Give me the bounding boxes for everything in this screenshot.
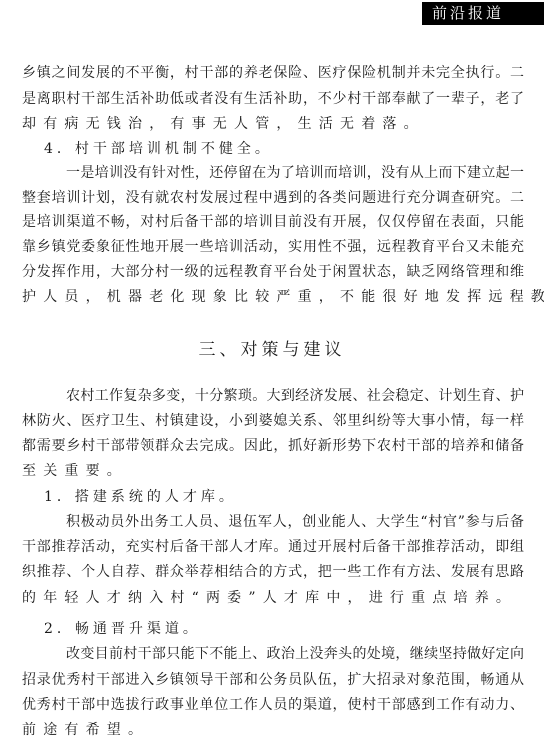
text-line: 整套培训计划，没有就农村发展过程中遇到的各类问题进行充分调查研究。二 <box>22 188 524 208</box>
subheading: 1．搭建系统的人才库。 <box>44 487 524 507</box>
text-line: 乡镇之间发展的不平衡，村干部的养老保险、医疗保险机制并未完全执行。二 <box>22 63 524 83</box>
text-line: 改变目前村干部只能下不能上、政治上没奔头的处境，继续坚持做好定向 <box>66 644 524 664</box>
text-line: 前途有希望。 <box>22 720 524 740</box>
text-line: 林防火、医疗卫生、村镇建设，小到婆媳关系、邻里纠纷等大事小情，每一样 <box>22 411 524 431</box>
text-line: 靠乡镇党委象征性地开展一些培训活动，实用性不强，远程教育平台又未能充 <box>22 237 524 257</box>
text-line: 分发挥作用，大部分村一级的远程教育平台处于闲置状态，缺乏网络管理和维 <box>22 262 524 282</box>
text-line: 是离职村干部生活补助低或者没有生活补助，不少村干部奉献了一辈子，老了 <box>22 89 524 109</box>
text-line: 的年轻人才纳入村“两委”人才库中，进行重点培养。 <box>22 588 524 608</box>
text-line: 农村工作复杂多变，十分繁琐。大到经济发展、社会稳定、计划生育、护 <box>66 386 524 406</box>
text-line: 护人员，机器老化现象比较严重，不能很好地发挥远程教学平台的作用。 <box>22 287 524 307</box>
text-line: 招录优秀村干部进入乡镇领导干部和公务员队伍，扩大招录对象范围，畅通从 <box>22 670 524 690</box>
text-line: 是培训渠道不畅，对村后备干部的培训目前没有开展，仅仅停留在表面，只能 <box>22 212 524 232</box>
article-body: 乡镇之间发展的不平衡，村干部的养老保险、医疗保险机制并未完全执行。二 是离职村干… <box>0 0 544 745</box>
text-line: 优秀村干部中选拔行政事业单位工作人员的渠道，使村干部感到工作有动力、 <box>22 695 524 715</box>
text-line: 却有病无钱治，有事无人管，生活无着落。 <box>22 114 524 134</box>
text-line: 至关重要。 <box>22 461 524 481</box>
text-line: 一是培训没有针对性，还停留在为了培训而培训，没有从上而下建立起一 <box>66 163 524 183</box>
subheading: 2．畅通晋升渠道。 <box>44 619 524 639</box>
text-line: 织推荐、个人自荐、群众举荐相结合的方式，把一些工作有方法、发展有思路 <box>22 562 524 582</box>
text-line: 积极动员外出务工人员、退伍军人，创业能人、大学生“村官”参与后备 <box>66 512 524 532</box>
text-line: 干部推荐活动，充实村后备干部人才库。通过开展村后备干部推荐活动，即组 <box>22 537 524 557</box>
text-line: 都需要乡村干部带领群众去完成。因此，抓好新形势下农村干部的培养和储备 <box>22 436 524 456</box>
subheading: 4．村干部培训机制不健全。 <box>44 139 524 159</box>
section-heading: 三、对策与建议 <box>0 339 544 361</box>
